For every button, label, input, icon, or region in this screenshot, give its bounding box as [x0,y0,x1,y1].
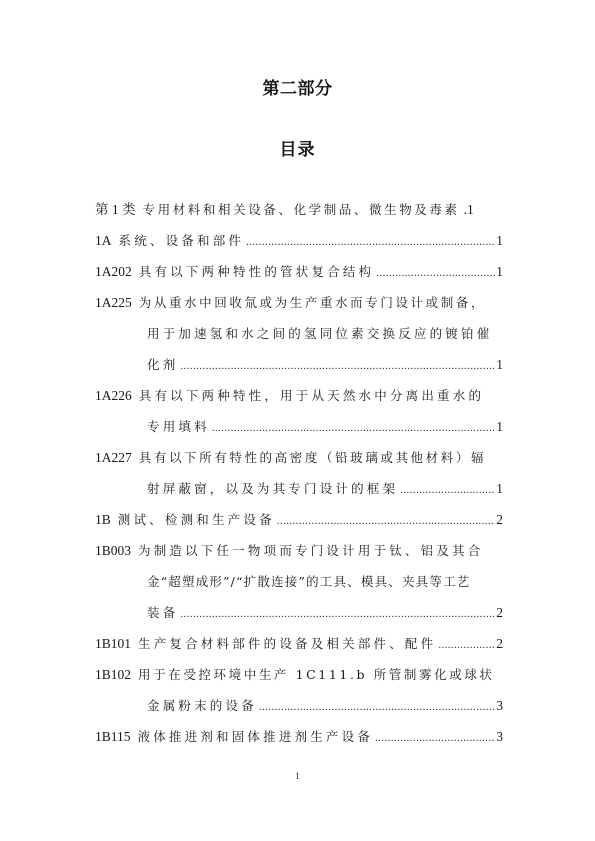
toc-entry-1b102[interactable]: 1B102 用于在受控环境中生产 1C111.b 所管制雾化或球状 [95,664,503,695]
toc-entry-page: 1 [496,230,503,252]
toc-entry-code: 1A226 [95,385,132,407]
toc-entry-title: 具有以下两种特性的管状复合结构 [139,261,375,283]
toc-entry-code: 第 1 类 [95,199,136,221]
dot-leader [212,417,495,439]
toc-entry-title-cont: 金“超塑成形”/“扩散连接”的工具、模具、夹具等工艺 [147,571,470,593]
part-title: 第二部分 [0,79,595,99]
toc-entry-page: 2 [496,509,503,531]
toc-entry-continuation[interactable]: 金属粉末的设备 3 [95,695,503,726]
toc-entry-1b115[interactable]: 1B115 液体推进剂和固体推进剂生产设备 3 [95,726,503,757]
toc-entry-continuation[interactable]: 专用填料 1 [95,416,503,447]
toc-entry-title-cont: 专用填料 [147,416,210,438]
toc-entry-code: 1B115 [95,726,131,748]
dot-leader [277,510,495,532]
toc-entry-title: 为从重水中回收氚或为生产重水而专门设计或制备， [139,292,486,314]
table-of-contents: 第 1 类 专用材料和相关设备、化学制品、微生物及毒素 .1 1A 系统、设备和… [95,199,503,757]
toc-title: 目录 [0,140,595,160]
toc-entry-1b[interactable]: 1B 测试、检测和生产设备 2 [95,509,503,540]
toc-entry-continuation[interactable]: 金“超塑成形”/“扩散连接”的工具、模具、夹具等工艺 [95,571,503,602]
toc-entry-title-cont: 装备 [147,602,178,624]
toc-entry-title-cont: 射屏蔽窗，以及为其专门设计的框架 [147,478,398,500]
toc-entry-1a202[interactable]: 1A202 具有以下两种特性的管状复合结构 1 [95,261,503,292]
toc-entry-page: 3 [496,695,503,717]
toc-entry-title: 具有以下所有特性的高密度（铅玻璃或其他材料）辐 [139,447,486,469]
toc-entry-1a225[interactable]: 1A225 为从重水中回收氚或为生产重水而专门设计或制备， [95,292,503,323]
toc-entry-continuation[interactable]: 化剂 1 [95,354,503,385]
toc-entry-page: 3 [496,726,503,748]
dot-leader [180,355,495,377]
toc-entry-title: 为制造以下任一物项而专门设计用于钛、铝及其合 [138,540,483,562]
toc-entry-title: 用于在受控环境中生产 1C111.b 所管制雾化或球状 [138,664,495,686]
dot-leader [376,262,495,284]
toc-entry-code: 1B102 [95,664,131,686]
toc-entry-title: 专用材料和相关设备、化学制品、微生物及毒素 [143,199,460,221]
dot-leader [246,231,495,253]
toc-entry-1a[interactable]: 1A 系统、设备和部件 1 [95,230,503,261]
toc-entry-continuation[interactable]: 射屏蔽窗，以及为其专门设计的框架 1 [95,478,503,509]
toc-entry-page: 1 [496,261,503,283]
dot-leader [400,479,495,501]
toc-entry-page: 1 [496,478,503,500]
toc-entry-1a227[interactable]: 1A227 具有以下所有特性的高密度（铅玻璃或其他材料）辐 [95,447,503,478]
dot-leader [438,634,495,656]
toc-entry-title: 具有以下两种特性，用于从天然水中分离出重水的 [139,385,484,407]
toc-entry-code: 1B101 [95,633,131,655]
toc-entry-title-cont: 金属粉末的设备 [147,695,257,717]
toc-entry-1b101[interactable]: 1B101 生产复合材料部件的设备及相关部件、配件 2 [95,633,503,664]
toc-entry-page: .1 [464,199,474,221]
toc-entry-page: 1 [496,354,503,376]
toc-entry-code: 1B003 [95,540,131,562]
dot-leader [375,727,495,749]
toc-entry-title-cont: 用于加速氢和水之间的氢同位素交换反应的镀铂催 [147,323,492,345]
page-number: 1 [0,771,595,781]
toc-entry-title-cont: 化剂 [147,354,178,376]
toc-entry-continuation[interactable]: 用于加速氢和水之间的氢同位素交换反应的镀铂催 [95,323,503,354]
toc-entry-page: 2 [496,602,503,624]
toc-entry-code: 1A225 [95,292,132,314]
toc-entry-page: 1 [496,416,503,438]
toc-entry-title: 系统、设备和部件 [119,230,245,252]
toc-entry-1a226[interactable]: 1A226 具有以下两种特性，用于从天然水中分离出重水的 [95,385,503,416]
toc-entry-code: 1B [95,509,111,531]
toc-entry-code: 1A202 [95,261,132,283]
toc-entry-title: 生产复合材料部件的设备及相关部件、配件 [138,633,436,655]
toc-entry-title: 液体推进剂和固体推进剂生产设备 [138,726,374,748]
toc-entry-title: 测试、检测和生产设备 [118,509,275,531]
toc-entry-code: 1A [95,230,112,252]
toc-entry-page: 2 [496,633,503,655]
dot-leader [180,603,495,625]
toc-entry-continuation[interactable]: 装备 2 [95,602,503,633]
dot-leader [259,696,495,718]
toc-entry-code: 1A227 [95,447,132,469]
toc-entry-1b003[interactable]: 1B003 为制造以下任一物项而专门设计用于钛、铝及其合 [95,540,503,571]
toc-entry-class-1[interactable]: 第 1 类 专用材料和相关设备、化学制品、微生物及毒素 .1 [95,199,503,230]
